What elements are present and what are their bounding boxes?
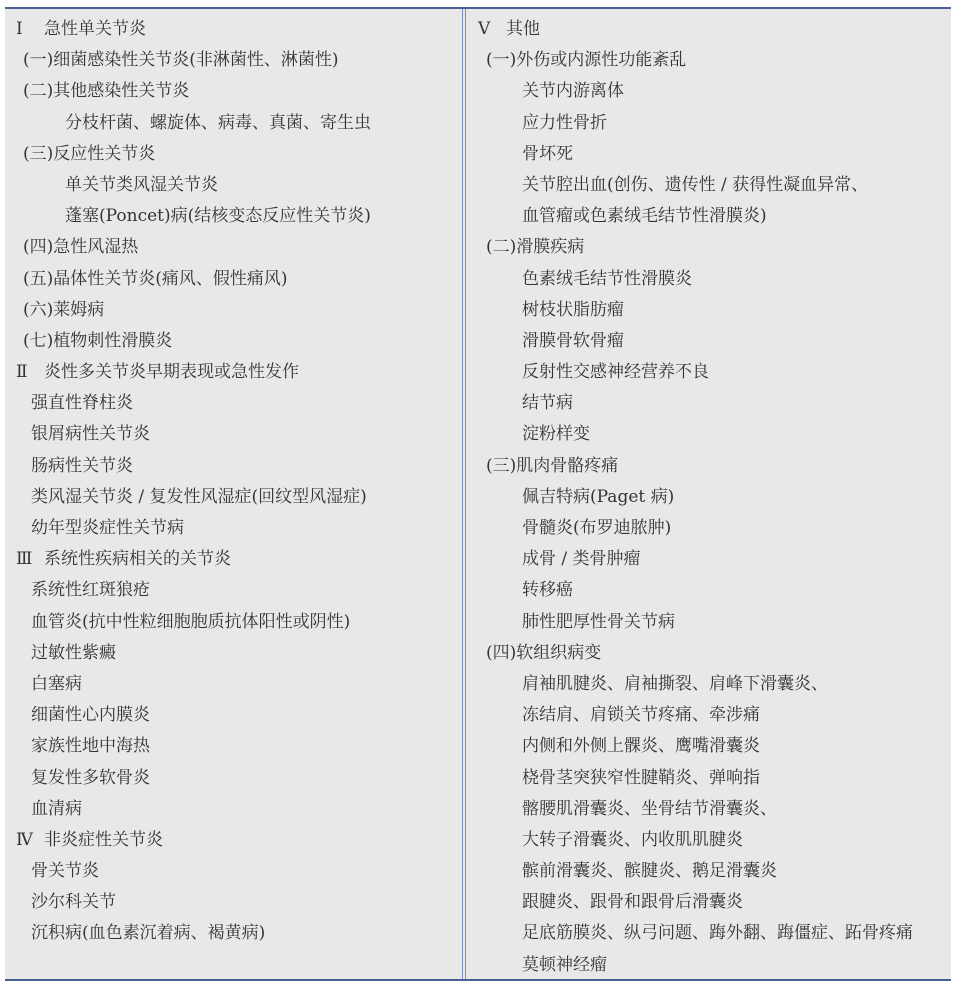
list-item: 淀粉样变 [466,419,951,450]
item-text: 肠病性关节炎 [31,456,133,476]
list-item: 大转子滑囊炎、内收肌肌腱炎 [466,825,951,856]
list-item: 冻结肩、肩锁关节疼痛、牵涉痛 [466,700,951,731]
item-text: 转移癌 [522,580,573,600]
right-column: Ⅴ其他(一)外伤或内源性功能紊乱关节内游离体应力性骨折骨坏死关节腔出血(创伤、遗… [466,9,951,979]
item-text: 类风湿关节炎 / 复发性风湿症(回纹型风湿症) [31,487,367,507]
item-text: (四)软组织病变 [486,643,601,663]
item-text: 幼年型炎症性关节病 [31,518,184,538]
list-item: 系统性红斑狼疮 [5,575,462,606]
list-item: 色素绒毛结节性滑膜炎 [466,264,951,295]
roman-numeral: Ⅰ [16,14,44,45]
item-text: 桡骨茎突狭窄性腱鞘炎、弹响指 [522,768,760,788]
list-item: 反射性交感神经营养不良 [466,357,951,388]
list-item: 血管瘤或色素绒毛结节性滑膜炎) [466,201,951,232]
list-item: 桡骨茎突狭窄性腱鞘炎、弹响指 [466,763,951,794]
list-item: 沙尔科关节 [5,887,462,918]
item-text: 骨关节炎 [31,861,99,881]
item-text: 关节内游离体 [522,81,624,101]
item-text: 肩袖肌腱炎、肩袖撕裂、肩峰下滑囊炎、 [522,674,828,694]
item-text: 关节腔出血(创伤、遗传性 / 获得性凝血异常、 [522,175,868,195]
list-item: 足底筋膜炎、纵弓问题、踇外翻、踇僵症、跖骨疼痛 [466,918,951,949]
subsection-heading: (三)反应性关节炎 [5,139,462,170]
section-heading: Ⅴ其他 [466,14,951,45]
item-text: 应力性骨折 [522,113,607,133]
list-item: 佩吉特病(Paget 病) [466,482,951,513]
list-item: 髂腰肌滑囊炎、坐骨结节滑囊炎、 [466,794,951,825]
item-text: 冻结肩、肩锁关节疼痛、牵涉痛 [522,705,760,725]
item-text: 莫顿神经瘤 [522,955,607,975]
item-text: 跟腱炎、跟骨和跟骨后滑囊炎 [522,892,743,912]
item-text: 沙尔科关节 [31,892,116,912]
item-text: (五)晶体性关节炎(痛风、假性痛风) [23,269,288,289]
list-item: 银屑病性关节炎 [5,419,462,450]
item-text: 复发性多软骨炎 [31,768,150,788]
item-text: 蓬塞(Poncet)病(结核变态反应性关节炎) [65,206,371,226]
list-item: 骨坏死 [466,139,951,170]
item-text: (一)细菌感染性关节炎(非淋菌性、淋菌性) [23,50,339,70]
item-text: 骨坏死 [522,144,573,164]
list-item: 骨关节炎 [5,856,462,887]
list-item: 过敏性紫癜 [5,638,462,669]
item-text: 分枝杆菌、螺旋体、病毒、真菌、寄生虫 [65,113,371,133]
list-item: 复发性多软骨炎 [5,763,462,794]
item-text: 肺性肥厚性骨关节病 [522,612,675,632]
list-item: 转移癌 [466,575,951,606]
item-text: 其他 [506,19,540,39]
list-item: 家族性地中海热 [5,731,462,762]
list-item: 树枝状脂肪瘤 [466,295,951,326]
roman-numeral: Ⅴ [478,14,506,45]
item-text: 血管炎(抗中性粒细胞胞质抗体阳性或阴性) [31,612,350,632]
section-heading: Ⅲ系统性疾病相关的关节炎 [5,544,462,575]
item-text: 髌前滑囊炎、髌腱炎、鹅足滑囊炎 [522,861,777,881]
item-text: 佩吉特病(Paget 病) [522,487,674,507]
item-text: 家族性地中海热 [31,736,150,756]
item-text: 沉积病(血色素沉着病、褐黄病) [31,923,265,943]
item-text: 血管瘤或色素绒毛结节性滑膜炎) [522,206,767,226]
subsection-heading: (二)其他感染性关节炎 [5,76,462,107]
item-text: 炎性多关节炎早期表现或急性发作 [44,362,299,382]
item-text: 白塞病 [31,674,82,694]
section-heading: Ⅰ急性单关节炎 [5,14,462,45]
item-text: 非炎症性关节炎 [44,830,163,850]
list-item: 应力性骨折 [466,108,951,139]
section-heading: Ⅳ非炎症性关节炎 [5,825,462,856]
item-text: (二)滑膜疾病 [486,237,584,257]
item-text: 单关节类风湿关节炎 [65,175,218,195]
roman-numeral: Ⅱ [16,357,44,388]
item-text: 滑膜骨软骨瘤 [522,331,624,351]
list-item: 幼年型炎症性关节病 [5,513,462,544]
list-item: 成骨 / 类骨肿瘤 [466,544,951,575]
left-column: Ⅰ急性单关节炎(一)细菌感染性关节炎(非淋菌性、淋菌性)(二)其他感染性关节炎分… [5,9,462,979]
item-text: 急性单关节炎 [44,19,146,39]
item-text: 系统性红斑狼疮 [31,580,150,600]
item-text: 大转子滑囊炎、内收肌肌腱炎 [522,830,743,850]
item-text: (七)植物刺性滑膜炎 [23,331,172,351]
list-item: 单关节类风湿关节炎 [5,170,462,201]
item-text: (一)外伤或内源性功能紊乱 [486,50,686,70]
item-text: 系统性疾病相关的关节炎 [44,549,231,569]
classification-table: Ⅰ急性单关节炎(一)细菌感染性关节炎(非淋菌性、淋菌性)(二)其他感染性关节炎分… [5,7,951,981]
item-text: 血清病 [31,799,82,819]
item-text: 髂腰肌滑囊炎、坐骨结节滑囊炎、 [522,799,777,819]
item-text: 足底筋膜炎、纵弓问题、踇外翻、踇僵症、跖骨疼痛 [522,923,913,943]
roman-numeral: Ⅲ [16,544,44,575]
item-text: 内侧和外侧上髁炎、鹰嘴滑囊炎 [522,736,760,756]
list-item: 类风湿关节炎 / 复发性风湿症(回纹型风湿症) [5,482,462,513]
item-text: (四)急性风湿热 [23,237,138,257]
item-text: (三)反应性关节炎 [23,144,155,164]
item-text: 色素绒毛结节性滑膜炎 [522,269,692,289]
item-text: 强直性脊柱炎 [31,393,133,413]
subsection-heading: (六)莱姆病 [5,295,462,326]
list-item: 跟腱炎、跟骨和跟骨后滑囊炎 [466,887,951,918]
item-text: 银屑病性关节炎 [31,424,150,444]
list-item: 细菌性心内膜炎 [5,700,462,731]
list-item: 关节腔出血(创伤、遗传性 / 获得性凝血异常、 [466,170,951,201]
item-text: (六)莱姆病 [23,300,104,320]
item-text: 结节病 [522,393,573,413]
list-item: 结节病 [466,388,951,419]
section-heading: Ⅱ炎性多关节炎早期表现或急性发作 [5,357,462,388]
list-item: 内侧和外侧上髁炎、鹰嘴滑囊炎 [466,731,951,762]
list-item: 肠病性关节炎 [5,451,462,482]
list-item: 强直性脊柱炎 [5,388,462,419]
item-text: 成骨 / 类骨肿瘤 [522,549,641,569]
item-text: 细菌性心内膜炎 [31,705,150,725]
item-text: (二)其他感染性关节炎 [23,81,189,101]
subsection-heading: (二)滑膜疾病 [466,232,951,263]
subsection-heading: (一)外伤或内源性功能紊乱 [466,45,951,76]
roman-numeral: Ⅳ [16,825,44,856]
list-item: 关节内游离体 [466,76,951,107]
item-text: 反射性交感神经营养不良 [522,362,709,382]
list-item: 沉积病(血色素沉着病、褐黄病) [5,918,462,949]
list-item: 肩袖肌腱炎、肩袖撕裂、肩峰下滑囊炎、 [466,669,951,700]
list-item: 分枝杆菌、螺旋体、病毒、真菌、寄生虫 [5,108,462,139]
item-text: 过敏性紫癜 [31,643,116,663]
subsection-heading: (四)软组织病变 [466,638,951,669]
list-item: 肺性肥厚性骨关节病 [466,607,951,638]
list-item: 血管炎(抗中性粒细胞胞质抗体阳性或阴性) [5,607,462,638]
item-text: 骨髓炎(布罗迪脓肿) [522,518,671,538]
item-text: 淀粉样变 [522,424,590,444]
list-item: 白塞病 [5,669,462,700]
list-item: 血清病 [5,794,462,825]
list-item: 骨髓炎(布罗迪脓肿) [466,513,951,544]
subsection-heading: (三)肌肉骨骼疼痛 [466,451,951,482]
list-item: 滑膜骨软骨瘤 [466,326,951,357]
item-text: 树枝状脂肪瘤 [522,300,624,320]
list-item: 髌前滑囊炎、髌腱炎、鹅足滑囊炎 [466,856,951,887]
subsection-heading: (四)急性风湿热 [5,232,462,263]
list-item: 莫顿神经瘤 [466,950,951,981]
subsection-heading: (一)细菌感染性关节炎(非淋菌性、淋菌性) [5,45,462,76]
list-item: 蓬塞(Poncet)病(结核变态反应性关节炎) [5,201,462,232]
subsection-heading: (五)晶体性关节炎(痛风、假性痛风) [5,264,462,295]
subsection-heading: (七)植物刺性滑膜炎 [5,326,462,357]
item-text: (三)肌肉骨骼疼痛 [486,456,618,476]
